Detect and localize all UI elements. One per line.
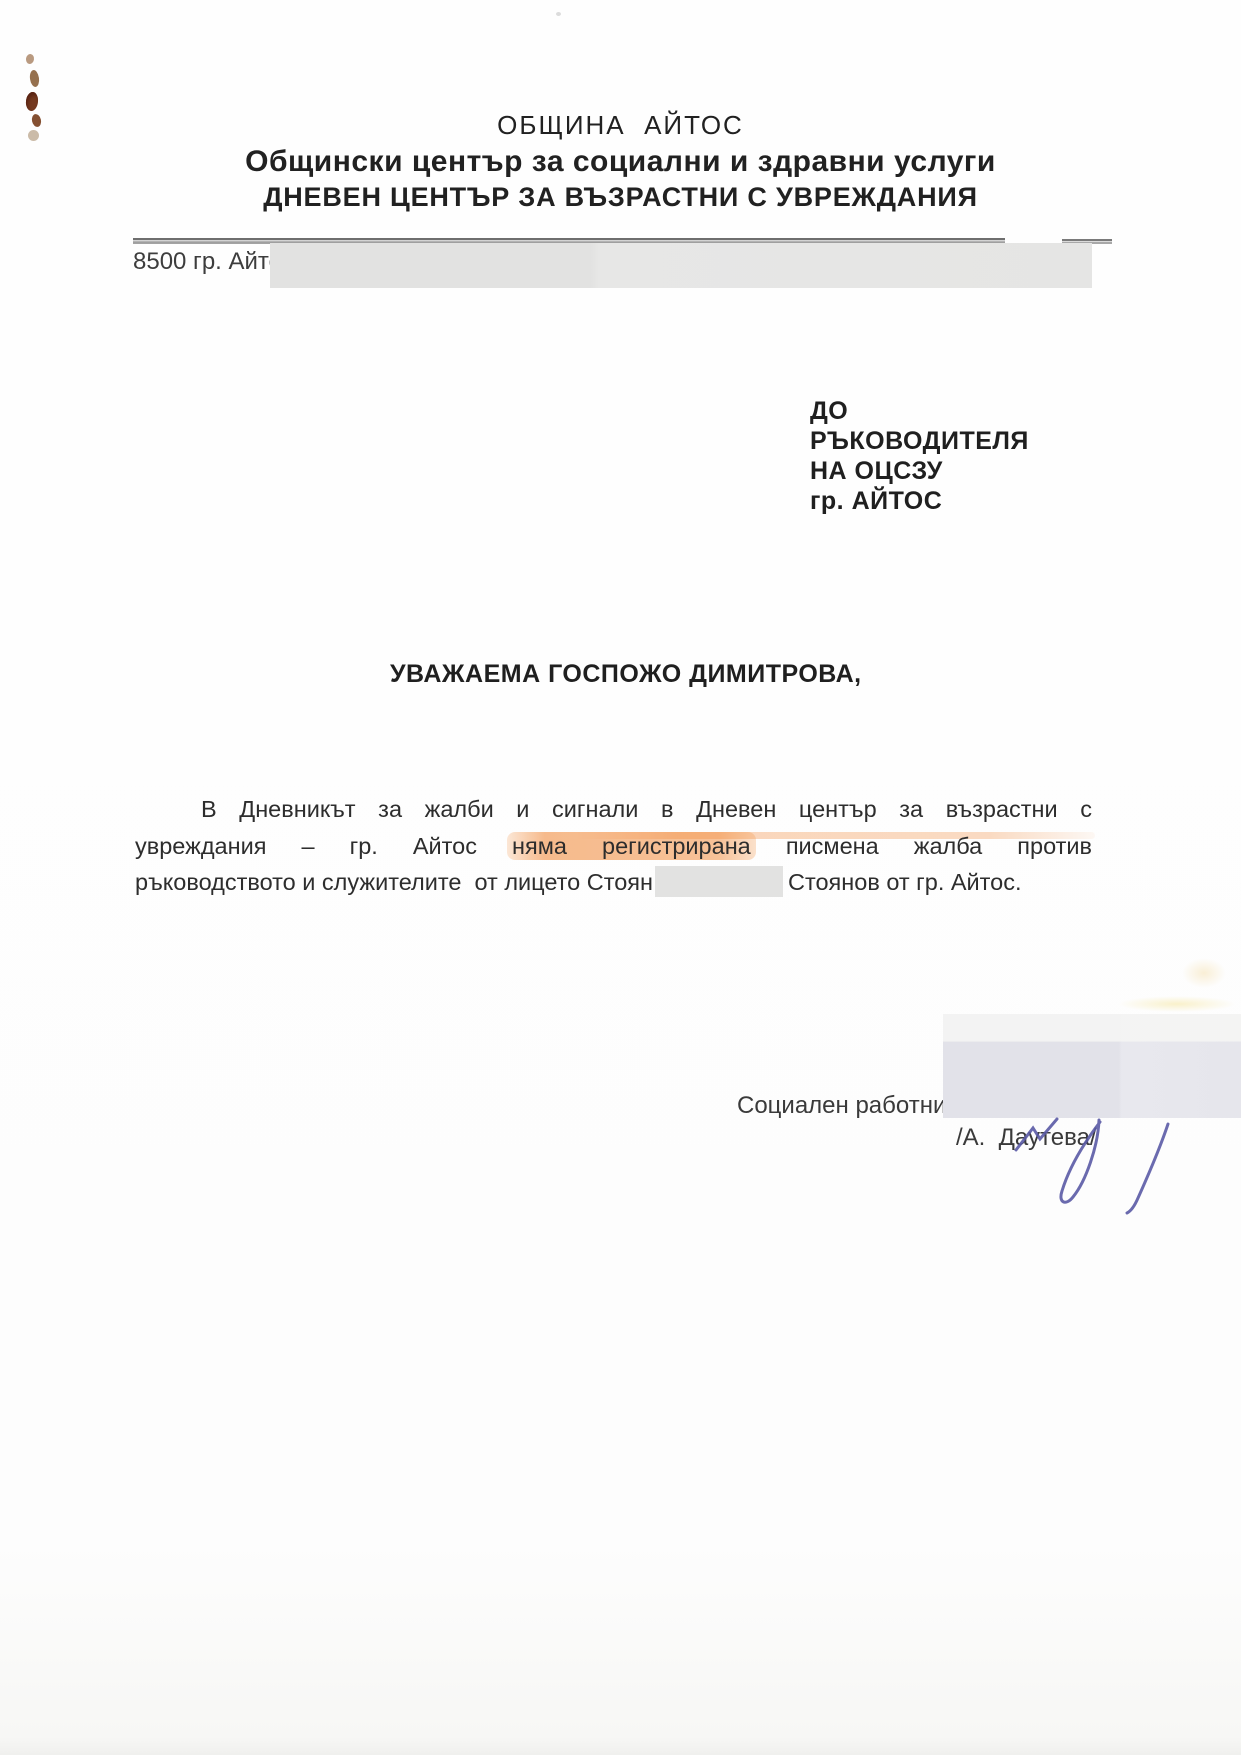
body-line-3: ръководството и служителите от лицето Ст… [135, 864, 1092, 901]
body-line-2-pre: увреждания – гр. Айтос [135, 833, 477, 859]
ink-dot [25, 53, 35, 64]
ink-dot [29, 69, 40, 87]
org-name: ОБЩИНА АЙТОС [0, 110, 1241, 141]
name-redaction-block [655, 866, 783, 897]
recipient-line-title: РЪКОВОДИТЕЛЯ [810, 426, 1029, 456]
body-line-2: увреждания – гр. Айтос няма регистрирана… [135, 828, 1092, 865]
recipient-line-city: гр. АЙТОС [810, 486, 1029, 516]
yellow-smudge [1118, 996, 1236, 1012]
recipient-line-org: НА ОЦСЗУ [810, 456, 1029, 486]
signature-name: /А. Даутева/ [956, 1124, 1097, 1152]
paper-speck [556, 12, 561, 16]
signature-redaction-block [943, 1014, 1241, 1118]
body-line-1: В Дневникът за жалби и сигнали в Дневен … [135, 791, 1092, 828]
text-highlight: няма регистрирана [507, 832, 756, 860]
body-line-3-post: Стоянов от гр. Айтос. [788, 869, 1022, 895]
body-line-2-post: писмена жалба против [786, 833, 1092, 859]
ink-dot [25, 91, 39, 111]
body-line-3-pre: ръководството и служителите от лицето Ст… [135, 869, 653, 895]
document-header: ОБЩИНА АЙТОС Общински център за социални… [0, 110, 1241, 213]
unit-name: ДНЕВЕН ЦЕНТЪР ЗА ВЪЗРАСТНИ С УВРЕЖДАНИЯ [0, 182, 1241, 213]
recipient-line-to: ДО [810, 396, 1029, 426]
yellow-smudge [1182, 958, 1226, 988]
signature-role-label: Социален работни [737, 1092, 946, 1120]
address-redaction-block [270, 243, 1092, 288]
center-name: Общински център за социални и здравни ус… [0, 145, 1241, 179]
body-paragraph: В Дневникът за жалби и сигнали в Дневен … [135, 791, 1092, 901]
salutation: УВАЖАЕМА ГОСПОЖО ДИМИТРОВА, [390, 660, 862, 689]
recipient-block: ДО РЪКОВОДИТЕЛЯ НА ОЦСЗУ гр. АЙТОС [810, 396, 1029, 516]
